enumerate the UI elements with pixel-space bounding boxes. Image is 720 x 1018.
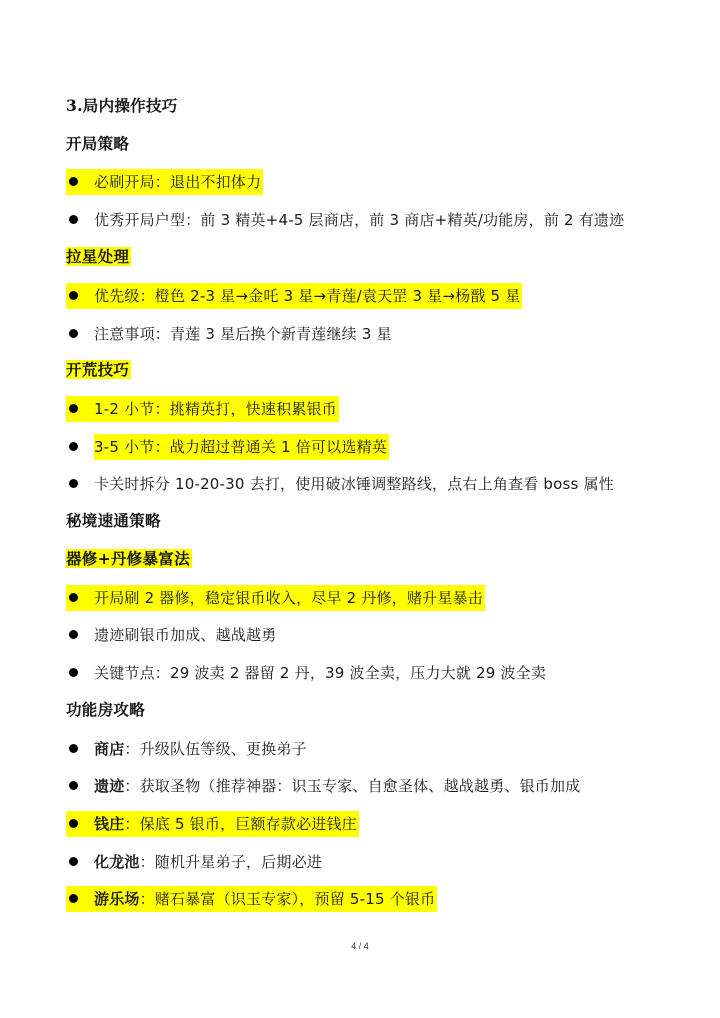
line-wrap: 卡关时拆分 10-20-30 去打，使用破冰锤调整路线，点右上角查看 boss … (66, 471, 614, 497)
section-title-text: 3.局内操作技巧 (66, 96, 178, 115)
subheading-text: 开荒技巧 (66, 360, 131, 379)
room-label: 遗迹 (94, 777, 124, 795)
list-item: 开局刷 2 器修，稳定银币收入，尽早 2 丹修，赌升星暴击 (66, 584, 485, 610)
list-item-text: ：随机升星弟子，后期必进 (140, 853, 322, 871)
subheading-early-game: 开荒技巧 (66, 357, 131, 383)
list-item-text: ：升级队伍等级、更换弟子 (124, 740, 306, 758)
list-item-text: ：获取圣物（推荐神器：识玉专家、自愈圣体、越战越勇、银币加成 (124, 777, 580, 795)
bullet-icon (69, 329, 78, 338)
subheading-text: 秘境速通策略 (66, 511, 161, 530)
room-label: 游乐场 (94, 890, 140, 908)
bullet-icon (69, 593, 78, 602)
subheading-text: 拉星处理 (66, 247, 131, 266)
list-item-text: 开局刷 2 器修，稳定银币收入，尽早 2 丹修，赌升星暴击 (94, 585, 483, 611)
highlighted-line: 钱庄：保底 5 银币，巨额存款必进钱庄 (66, 811, 359, 837)
bullet-icon (69, 857, 78, 866)
highlighted-line: 1-2 小节：挑精英打，快速积累银币 (66, 396, 339, 422)
page-indicator: 4 / 4 (0, 941, 720, 951)
list-item: 卡关时拆分 10-20-30 去打，使用破冰锤调整路线，点右上角查看 boss … (66, 470, 614, 496)
line-wrap: 3-5 小节：战力超过普通关 1 倍可以选精英 (66, 434, 389, 460)
list-item: 必刷开局：退出不扣体力 (66, 168, 263, 194)
list-item: 注意事项：青莲 3 星后换个新青莲继续 3 星 (66, 320, 392, 346)
section-title: 3.局内操作技巧 (66, 93, 178, 119)
list-item-text: 优秀开局户型：前 3 精英+4-5 层商店，前 3 商店+精英/功能房，前 2 … (94, 207, 624, 233)
bullet-icon (69, 177, 78, 186)
line-wrap: 遗迹刷银币加成、越战越勇 (66, 622, 276, 648)
line-wrap: 遗迹：获取圣物（推荐神器：识玉专家、自愈圣体、越战越勇、银币加成 (66, 773, 580, 799)
list-item-text: 关键节点：29 波卖 2 器留 2 丹，39 波全卖，压力大就 29 波全卖 (94, 660, 546, 686)
list-item-text: 1-2 小节：挑精英打，快速积累银币 (94, 396, 337, 422)
subheading-function-rooms: 功能房攻略 (66, 697, 145, 723)
bullet-icon (69, 442, 78, 451)
subheading-opening-strategy: 开局策略 (66, 131, 129, 157)
list-item: 关键节点：29 波卖 2 器留 2 丹，39 波全卖，压力大就 29 波全卖 (66, 659, 546, 685)
list-item-text: ：赌石暴富（识玉专家），预留 5-15 个银币 (140, 890, 436, 908)
subheading-star-upgrade: 拉星处理 (66, 244, 131, 270)
list-item: 化龙池：随机升星弟子，后期必进 (66, 848, 322, 874)
list-item-text: 优先级：橙色 2-3 星→金吒 3 星→青莲/袁天罡 3 星→杨戬 5 星 (94, 283, 520, 309)
bullet-icon (69, 630, 78, 639)
bullet-icon (69, 479, 78, 488)
list-item: 3-5 小节：战力超过普通关 1 倍可以选精英 (66, 433, 389, 459)
room-label: 钱庄 (94, 815, 124, 833)
line-wrap: 注意事项：青莲 3 星后换个新青莲继续 3 星 (66, 321, 392, 347)
document-page: 3.局内操作技巧 开局策略 必刷开局：退出不扣体力 优秀开局户型：前 3 精英+… (0, 0, 720, 1018)
bullet-icon (69, 781, 78, 790)
line-wrap: 化龙池：随机升星弟子，后期必进 (66, 849, 322, 875)
list-item-text: 3-5 小节：战力超过普通关 1 倍可以选精英 (94, 434, 389, 460)
list-item: 遗迹：获取圣物（推荐神器：识玉专家、自愈圣体、越战越勇、银币加成 (66, 772, 580, 798)
line-wrap: 关键节点：29 波卖 2 器留 2 丹，39 波全卖，压力大就 29 波全卖 (66, 660, 546, 686)
list-item-text: 卡关时拆分 10-20-30 去打，使用破冰锤调整路线，点右上角查看 boss … (94, 471, 614, 497)
subheading-secret-realm: 秘境速通策略 (66, 508, 161, 534)
list-item: 商店：升级队伍等级、更换弟子 (66, 735, 307, 761)
bullet-icon (69, 668, 78, 677)
highlighted-line: 开局刷 2 器修，稳定银币收入，尽早 2 丹修，赌升星暴击 (66, 585, 485, 611)
highlighted-line: 游乐场：赌石暴富（识玉专家），预留 5-15 个银币 (66, 886, 437, 912)
bullet-icon (69, 819, 78, 828)
bullet-icon (69, 894, 78, 903)
bullet-icon (69, 215, 78, 224)
list-item-text: ：保底 5 银币，巨额存款必进钱庄 (124, 815, 356, 833)
room-label: 化龙池 (94, 853, 140, 871)
list-item-text: 必刷开局：退出不扣体力 (94, 169, 261, 195)
bullet-icon (69, 744, 78, 753)
line-wrap: 优秀开局户型：前 3 精英+4-5 层商店，前 3 商店+精英/功能房，前 2 … (66, 207, 624, 233)
highlighted-line: 优先级：橙色 2-3 星→金吒 3 星→青莲/袁天罡 3 星→杨戬 5 星 (66, 283, 522, 309)
list-item: 1-2 小节：挑精英打，快速积累银币 (66, 395, 339, 421)
bullet-icon (69, 291, 78, 300)
subheading-rich-method: 器修+丹修暴富法 (66, 546, 192, 572)
bullet-icon (69, 404, 78, 413)
subheading-text: 开局策略 (66, 134, 129, 153)
room-label: 商店 (94, 740, 124, 758)
list-item: 遗迹刷银币加成、越战越勇 (66, 621, 276, 647)
subheading-text: 功能房攻略 (66, 700, 145, 719)
list-item: 优秀开局户型：前 3 精英+4-5 层商店，前 3 商店+精英/功能房，前 2 … (66, 206, 624, 232)
list-item: 游乐场：赌石暴富（识玉专家），预留 5-15 个银币 (66, 885, 437, 911)
list-item-text: 注意事项：青莲 3 星后换个新青莲继续 3 星 (94, 321, 392, 347)
highlighted-line: 必刷开局：退出不扣体力 (66, 169, 263, 195)
subheading-text: 器修+丹修暴富法 (66, 549, 192, 568)
list-item: 优先级：橙色 2-3 星→金吒 3 星→青莲/袁天罡 3 星→杨戬 5 星 (66, 282, 522, 308)
line-wrap: 商店：升级队伍等级、更换弟子 (66, 736, 307, 762)
list-item: 钱庄：保底 5 银币，巨额存款必进钱庄 (66, 810, 359, 836)
list-item-text: 遗迹刷银币加成、越战越勇 (94, 622, 276, 648)
